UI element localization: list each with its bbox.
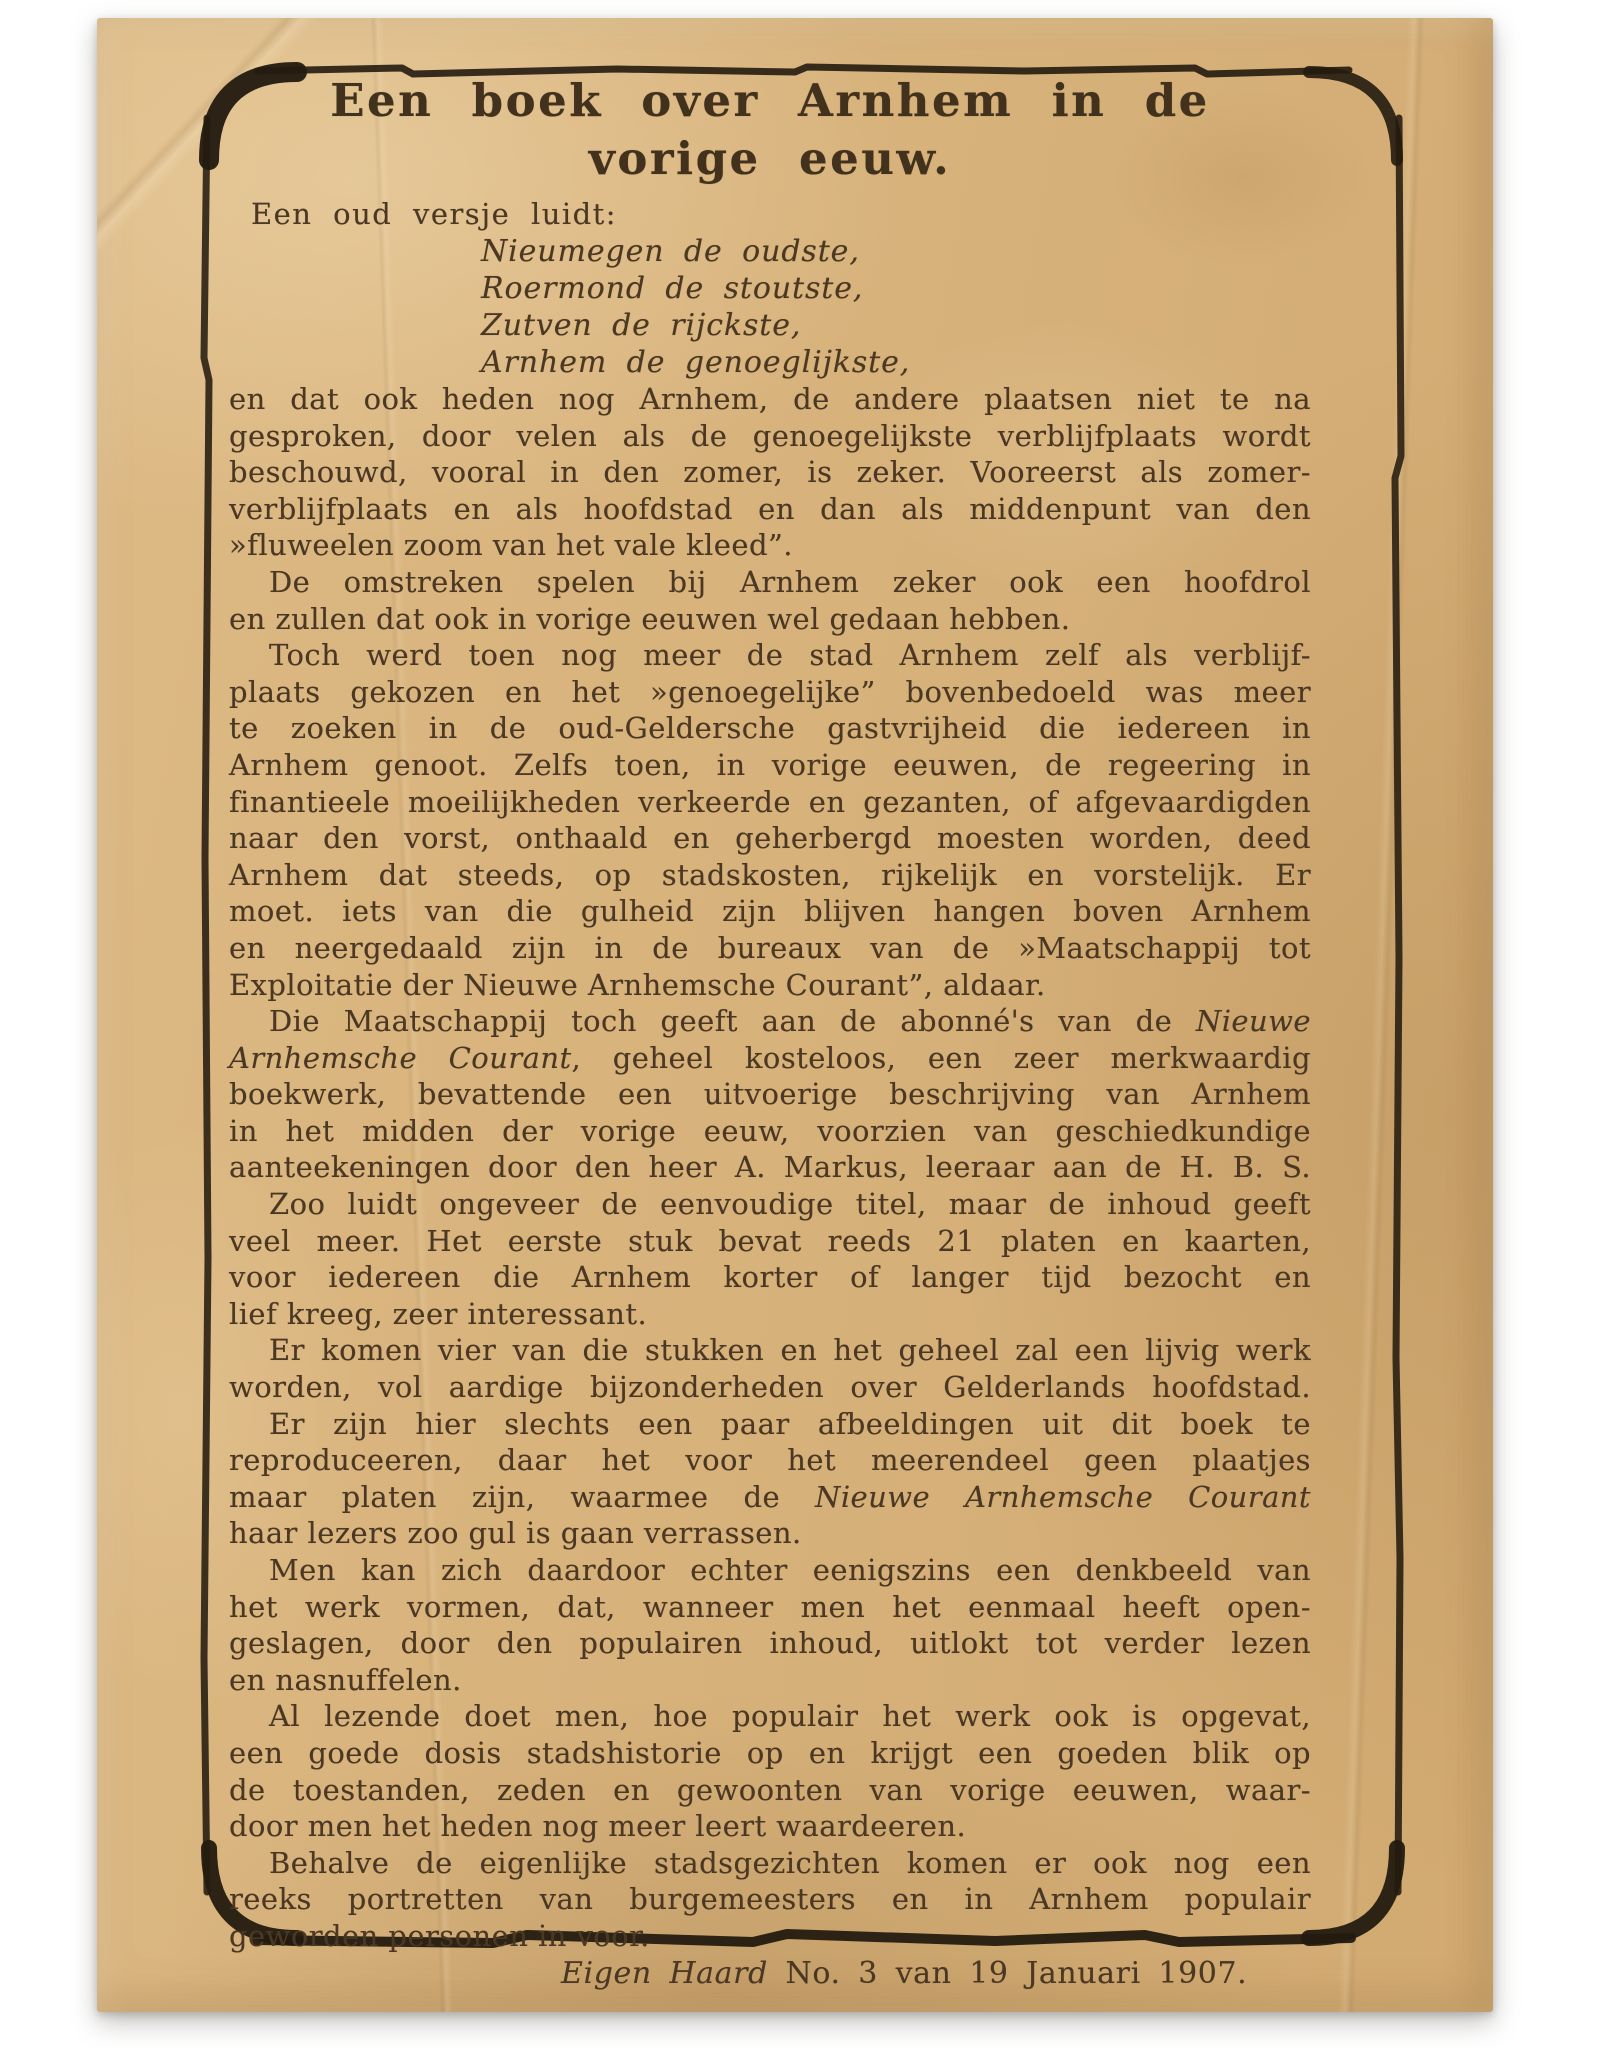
text-line: boekwerk, bevattende een uitvoerige besc… (229, 1076, 1311, 1113)
text-segment: geworden personen in voor. (229, 1919, 650, 1953)
text-segment: Arnhem dat steeds, op stadskosten, rijke… (229, 858, 1311, 892)
text-line: Er zijn hier slechts een paar afbeelding… (229, 1406, 1311, 1443)
text-segment: en zullen dat ook in vorige eeuwen wel g… (229, 602, 1070, 636)
text-line: Zoo luidt ongeveer de eenvoudige titel, … (229, 1186, 1311, 1223)
paragraph: Die Maatschappij toch geeft aan de abonn… (229, 1003, 1311, 1186)
text-line: te zoeken in de oud-Geldersche gastvrijh… (229, 710, 1311, 747)
text-segment: de toestanden, zeden en gewoonten van vo… (229, 1773, 1311, 1807)
text-line: een goede dosis stadshistorie op en krij… (229, 1735, 1311, 1772)
text-line: aanteekeningen door den heer A. Markus, … (229, 1149, 1311, 1186)
text-segment: plaats gekozen en het »genoegelijke” bov… (229, 675, 1311, 709)
text-line: Exploitatie der Nieuwe Arnhemsche Couran… (229, 967, 1311, 1004)
verse-line: Zutven de rijckste, (481, 307, 1311, 344)
text-line: reeks portretten van burgemeesters en in… (229, 1881, 1311, 1918)
verse-line: Arnhem de genoeglijkste, (481, 344, 1311, 381)
text-line: Die Maatschappij toch geeft aan de abonn… (229, 1003, 1311, 1040)
border-corner-bottom-right (1309, 1848, 1397, 1938)
text-segment: Behalve de eigenlijke stadsgezichten kom… (269, 1846, 1311, 1880)
text-segment: De omstreken spelen bij Arnhem zeker ook… (269, 565, 1311, 599)
text-line: veel meer. Het eerste stuk bevat reeds 2… (229, 1223, 1311, 1260)
text-segment: veel meer. Het eerste stuk bevat reeds 2… (229, 1224, 1311, 1258)
text-line: plaats gekozen en het »genoegelijke” bov… (229, 674, 1311, 711)
text-segment: Men kan zich daardoor echter eenigszins … (269, 1553, 1311, 1587)
text-segment: Toch werd toen nog meer de stad Arnhem z… (269, 638, 1311, 672)
verse: Nieumegen de oudste,Roermond de stoutste… (481, 233, 1311, 381)
attribution-detail: No. 3 van 19 Januari 1907. (768, 1956, 1247, 1991)
text-line: lief kreeg, zeer interessant. (229, 1296, 1311, 1333)
text-segment: moet. iets van die gulheid zijn blijven … (229, 894, 1311, 928)
attribution: Eigen Haard No. 3 van 19 Januari 1907. (561, 1955, 1311, 1993)
text-line: worden, vol aardige bijzonderheden over … (229, 1369, 1311, 1406)
text-segment: Er komen vier van die stukken en het geh… (269, 1333, 1311, 1367)
text-line: Arnhem genoot. Zelfs toen, in vorige eeu… (229, 747, 1311, 784)
text-segment: , geheel kosteloos, een zeer merkwaardig (572, 1041, 1311, 1075)
paragraph: Men kan zich daardoor echter eenigszins … (229, 1552, 1311, 1698)
text-segment: haar lezers zoo gul is gaan verrassen. (229, 1516, 802, 1550)
page-title: Een boek over Arnhem in de vorige eeuw. (229, 72, 1311, 188)
text-segment: Er zijn hier slechts een paar afbeelding… (269, 1407, 1311, 1441)
text-block: Een boek over Arnhem in de vorige eeuw. … (229, 72, 1311, 1993)
text-line: geworden personen in voor. (229, 1918, 1311, 1955)
text-segment: maar platen zijn, waarmee de (229, 1480, 815, 1514)
paragraph: Toch werd toen nog meer de stad Arnhem z… (229, 637, 1311, 1003)
verse-line: Roermond de stoutste, (481, 270, 1311, 307)
paragraph: Er komen vier van die stukken en het geh… (229, 1332, 1311, 1405)
text-line: Toch werd toen nog meer de stad Arnhem z… (229, 637, 1311, 674)
italic-segment: Nieuwe Arnhemsche Courant (815, 1480, 1311, 1514)
text-segment: en dat ook heden nog Arnhem, de andere p… (229, 382, 1311, 416)
text-line: reproduceeren, daar het voor het meerend… (229, 1442, 1311, 1479)
text-line: voor iedereen die Arnhem korter of lange… (229, 1259, 1311, 1296)
text-line: het werk vormen, dat, wanneer men het ee… (229, 1589, 1311, 1626)
body-paragraphs: en dat ook heden nog Arnhem, de andere p… (229, 381, 1311, 1955)
text-segment: Exploitatie der Nieuwe Arnhemsche Couran… (229, 968, 1046, 1002)
paragraph: Zoo luidt ongeveer de eenvoudige titel, … (229, 1186, 1311, 1332)
page-background: { "document": { "title": "Een boek over … (0, 0, 1600, 2048)
border-right-edge (1395, 118, 1401, 1892)
text-segment: beschouwd, vooral in den zomer, is zeker… (229, 455, 1311, 489)
text-line: »fluweelen zoom van het vale kleed”. (229, 527, 1311, 564)
text-line: Arnhem dat steeds, op stadskosten, rijke… (229, 857, 1311, 894)
text-segment: te zoeken in de oud-Geldersche gastvrijh… (229, 711, 1311, 745)
text-line: Men kan zich daardoor echter eenigszins … (229, 1552, 1311, 1589)
text-segment: Al lezende doet men, hoe populair het we… (269, 1699, 1311, 1733)
text-segment: worden, vol aardige bijzonderheden over … (229, 1370, 1311, 1404)
text-line: en neergedaald zijn in de bureaux van de… (229, 930, 1311, 967)
text-line: haar lezers zoo gul is gaan verrassen. (229, 1515, 1311, 1552)
text-line: Er komen vier van die stukken en het geh… (229, 1332, 1311, 1369)
italic-segment: Arnhemsche Courant (229, 1041, 572, 1075)
paragraph: Al lezende doet men, hoe populair het we… (229, 1698, 1311, 1844)
text-segment: aanteekeningen door den heer A. Markus, … (229, 1150, 1311, 1184)
paragraph: Er zijn hier slechts een paar afbeelding… (229, 1406, 1311, 1552)
text-segment: voor iedereen die Arnhem korter of lange… (229, 1260, 1311, 1294)
border-corner-top-right (1309, 72, 1397, 160)
text-line: gesproken, door velen als de genoegelijk… (229, 418, 1311, 455)
text-segment: Arnhem genoot. Zelfs toen, in vorige eeu… (229, 748, 1311, 782)
text-segment: boekwerk, bevattende een uitvoerige besc… (229, 1077, 1311, 1111)
text-segment: Zoo luidt ongeveer de eenvoudige titel, … (269, 1187, 1311, 1221)
text-line: De omstreken spelen bij Arnhem zeker ook… (229, 564, 1311, 601)
text-line: naar den vorst, onthaald en geherbergd m… (229, 820, 1311, 857)
text-segment: een goede dosis stadshistorie op en krij… (229, 1736, 1311, 1770)
text-line: Arnhemsche Courant, geheel kosteloos, ee… (229, 1040, 1311, 1077)
text-segment: gesproken, door velen als de genoegelijk… (229, 419, 1311, 453)
text-line: in het midden der vorige eeuw, voorzien … (229, 1113, 1311, 1150)
text-segment: verblijfplaats en als hoofdstad en dan a… (229, 492, 1311, 526)
text-segment: in het midden der vorige eeuw, voorzien … (229, 1114, 1311, 1148)
text-segment: lief kreeg, zeer interessant. (229, 1297, 647, 1331)
text-segment: en neergedaald zijn in de bureaux van de… (229, 931, 1311, 965)
text-segment: reeks portretten van burgemeesters en in… (229, 1882, 1311, 1916)
text-segment: »fluweelen zoom van het vale kleed”. (229, 528, 793, 562)
text-line: de toestanden, zeden en gewoonten van vo… (229, 1772, 1311, 1809)
text-segment: finantieele moeilijkheden verkeerde en g… (229, 785, 1311, 819)
text-line: maar platen zijn, waarmee de Nieuwe Arnh… (229, 1479, 1311, 1516)
text-segment: naar den vorst, onthaald en geherbergd m… (229, 821, 1311, 855)
text-line: beschouwd, vooral in den zomer, is zeker… (229, 454, 1311, 491)
text-line: verblijfplaats en als hoofdstad en dan a… (229, 491, 1311, 528)
text-segment: het werk vormen, dat, wanneer men het ee… (229, 1590, 1311, 1624)
verse-line: Nieumegen de oudste, (481, 233, 1311, 270)
text-segment: Die Maatschappij toch geeft aan de abonn… (269, 1004, 1196, 1038)
text-line: finantieele moeilijkheden verkeerde en g… (229, 784, 1311, 821)
paragraph: en dat ook heden nog Arnhem, de andere p… (229, 381, 1311, 564)
text-segment: door men het heden nog meer leert waarde… (229, 1809, 966, 1843)
text-line: Behalve de eigenlijke stadsgezichten kom… (229, 1845, 1311, 1882)
text-line: Al lezende doet men, hoe populair het we… (229, 1698, 1311, 1735)
text-line: moet. iets van die gulheid zijn blijven … (229, 893, 1311, 930)
italic-segment: Nieuwe (1196, 1004, 1311, 1038)
paragraph: De omstreken spelen bij Arnhem zeker ook… (229, 564, 1311, 637)
text-segment: reproduceeren, daar het voor het meerend… (229, 1443, 1311, 1477)
text-line: geslagen, door den populairen inhoud, ui… (229, 1625, 1311, 1662)
paragraph: Behalve de eigenlijke stadsgezichten kom… (229, 1845, 1311, 1955)
text-segment: geslagen, door den populairen inhoud, ui… (229, 1626, 1311, 1660)
text-line: en zullen dat ook in vorige eeuwen wel g… (229, 601, 1311, 638)
text-line: door men het heden nog meer leert waarde… (229, 1808, 1311, 1845)
paper-sheet: Een boek over Arnhem in de vorige eeuw. … (97, 18, 1493, 2012)
text-line: en dat ook heden nog Arnhem, de andere p… (229, 381, 1311, 418)
text-line: en nasnuffelen. (229, 1662, 1311, 1699)
attribution-source: Eigen Haard (561, 1956, 768, 1991)
border-left-edge (204, 118, 209, 1892)
intro-line: Een oud versje luidt: (251, 196, 1311, 233)
text-segment: en nasnuffelen. (229, 1663, 462, 1697)
